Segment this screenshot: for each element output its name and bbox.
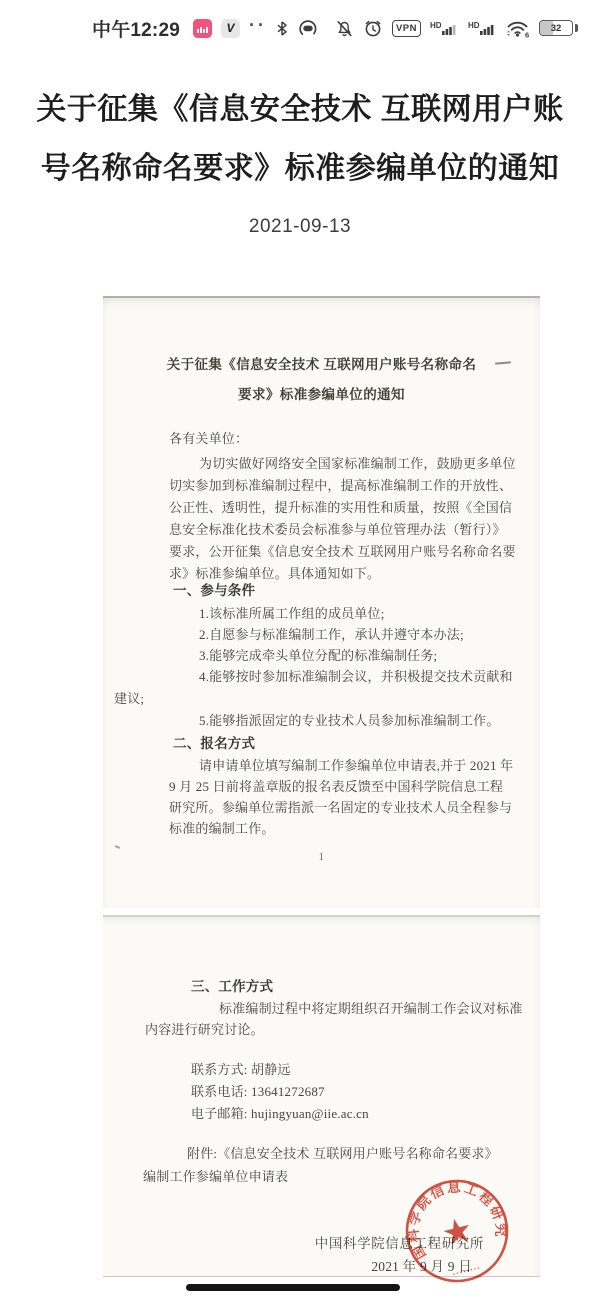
- wifi6-icon: 6: [506, 19, 530, 38]
- battery-nub: [575, 24, 578, 32]
- doc-line: 2.自愿参与标准编制工作，承认并遵守本办法;: [199, 626, 464, 644]
- official-red-seal: 中国科学院信息工程研究所 ★ ••••••••: [382, 1156, 532, 1300]
- article-title: 关于征集《信息安全技术 互联网用户账 号名称命名要求》标准参编单位的通知: [18, 80, 582, 198]
- article-date: 2021-09-13: [0, 216, 600, 238]
- doc-contact-email: 电子邮箱: hujingyuan@iie.ac.cn: [191, 1105, 369, 1123]
- battery-percent: 32: [551, 23, 562, 34]
- doc-section2-heading: 二、报名方式: [173, 735, 255, 753]
- doc-line: 研究所。参编单位需指派一名固定的专业技术人员全程参与: [169, 799, 512, 817]
- seal-star-icon: ★: [438, 1211, 477, 1254]
- doc-title-line2: 要求》标准参编单位的通知: [103, 386, 540, 404]
- doc-page-number: 1: [103, 848, 540, 866]
- article-title-line1: 关于征集《信息安全技术 互联网用户账: [18, 80, 582, 139]
- phone-screen: 中午12:29 V ··: [0, 0, 600, 1300]
- pink-app-glyph-icon: [196, 22, 209, 35]
- signal-sim1-icon: HD: [430, 20, 459, 37]
- doc-line: 求》标准参编单位。具体通知如下。: [169, 565, 380, 583]
- clock-time: 中午12:29: [92, 15, 180, 42]
- mute-bell-icon: [335, 20, 354, 37]
- doc-line: 9 月 25 日前将盖章版的报名表反馈至中国科学院信息工程: [169, 778, 503, 796]
- doc-section3-heading: 三、工作方式: [191, 978, 273, 996]
- doc-line: 4.能够按时参加标准编制会议，并积极提交技术贡献和: [199, 668, 513, 686]
- svg-text:6: 6: [525, 30, 529, 38]
- headset-icon: [297, 19, 319, 38]
- doc-line: 5.能够指派固定的专业技术人员参加标准编制工作。: [199, 712, 500, 730]
- signal-sim2-icon: HD: [468, 20, 497, 37]
- doc-contact-name: 联系方式: 胡静远: [191, 1061, 291, 1079]
- svg-text:HD: HD: [468, 21, 480, 30]
- notification-app-icon: [193, 19, 212, 38]
- article-title-line2: 号名称命名要求》标准参编单位的通知: [18, 139, 582, 198]
- more-notifications-icon: ··: [249, 15, 267, 36]
- doc-line: 标准编制过程中将定期组织召开编制工作会议对标准: [219, 1000, 523, 1018]
- v-app-icon: V: [221, 19, 240, 38]
- doc-salutation: 各有关单位：: [169, 430, 248, 448]
- doc-line: 要求，公开征集《信息安全技术 互联网用户账号名称命名要: [169, 543, 516, 561]
- doc-section1-heading: 一、参与条件: [173, 582, 255, 600]
- doc-line: 建议;: [114, 690, 144, 708]
- scanned-document-page-2[interactable]: 三、工作方式 标准编制过程中将定期组织召开编制工作会议对标准 内容进行研究讨论。…: [103, 915, 540, 1277]
- status-bar: 中午12:29 V ··: [0, 0, 600, 56]
- doc-contact-phone: 联系电话: 13641272687: [191, 1083, 325, 1101]
- doc-line: 息安全标准化技术委员会标准参与单位管理办法（暂行）》: [169, 521, 506, 539]
- doc-line: 公正性、透明性，提升标准的实用性和质量，按照《全国信: [169, 499, 512, 517]
- bluetooth-icon: [276, 20, 288, 37]
- doc-attachment-line1: 附件:《信息安全技术 互联网用户账号名称命名要求》: [187, 1145, 498, 1163]
- vpn-badge: VPN: [392, 20, 421, 37]
- doc-line: 1.该标准所属工作组的成员单位;: [199, 605, 385, 623]
- doc-line: 内容进行研究讨论。: [145, 1021, 264, 1039]
- svg-text:HD: HD: [430, 21, 442, 30]
- battery-indicator: 32: [539, 20, 573, 36]
- doc-line: 为切实做好网络安全国家标准编制工作，鼓励更多单位: [199, 455, 516, 473]
- alarm-clock-icon: [363, 19, 383, 37]
- doc-title-line1: 关于征集《信息安全技术 互联网用户账号名称命名: [103, 356, 540, 374]
- doc-line: 标准的编制工作。: [169, 820, 275, 838]
- doc-attachment-line2: 编制工作参编单位申请表: [143, 1168, 288, 1186]
- scanned-document-page-1[interactable]: 关于征集《信息安全技术 互联网用户账号名称命名 要求》标准参编单位的通知 各有关…: [103, 296, 540, 908]
- doc-line: 切实参加到标准编制过程中，提高标准编制工作的开放性、: [169, 477, 512, 495]
- doc-line: 3.能够完成牵头单位分配的标准编制任务;: [199, 647, 437, 665]
- home-indicator-bar[interactable]: [186, 1284, 400, 1291]
- doc-line: 请申请单位填写编制工作参编单位申请表,并于 2021 年: [199, 757, 513, 775]
